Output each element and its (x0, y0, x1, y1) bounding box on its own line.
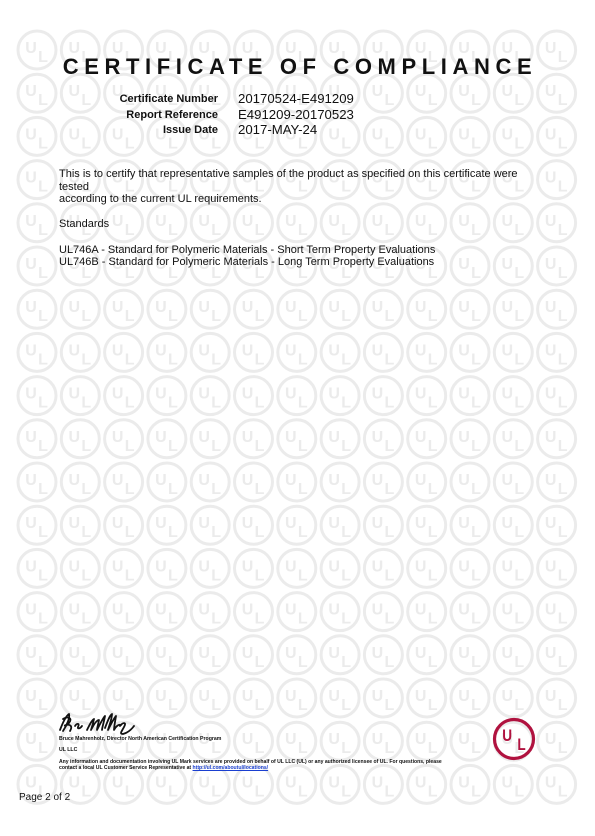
svg-text:L: L (558, 351, 568, 368)
svg-text:L: L (428, 740, 438, 757)
svg-text:L: L (38, 179, 48, 196)
svg-text:L: L (471, 481, 481, 498)
svg-text:U: U (155, 386, 167, 403)
svg-text:U: U (112, 515, 124, 532)
svg-text:U: U (198, 472, 210, 489)
svg-text:U: U (112, 602, 124, 619)
svg-text:L: L (38, 611, 48, 628)
svg-text:U: U (502, 774, 514, 791)
svg-text:U: U (198, 774, 210, 791)
svg-text:U: U (285, 558, 297, 575)
svg-text:U: U (415, 602, 427, 619)
svg-text:L: L (558, 567, 568, 584)
svg-text:U: U (415, 558, 427, 575)
field-value: 2017-MAY-24 (238, 122, 317, 138)
svg-text:U: U (155, 688, 167, 705)
svg-text:L: L (341, 395, 351, 412)
svg-text:U: U (198, 602, 210, 619)
svg-text:U: U (458, 558, 470, 575)
field-report-reference: Report Reference E491209-20170523 (0, 108, 595, 124)
svg-text:U: U (328, 342, 340, 359)
svg-text:U: U (458, 342, 470, 359)
svg-text:U: U (372, 429, 384, 446)
svg-text:U: U (242, 515, 254, 532)
svg-text:U: U (372, 386, 384, 403)
signature-image (57, 710, 137, 736)
svg-text:U: U (155, 515, 167, 532)
svg-text:U: U (25, 342, 37, 359)
svg-text:U: U (198, 688, 210, 705)
svg-text:U: U (545, 731, 557, 748)
svg-text:U: U (372, 558, 384, 575)
svg-text:L: L (211, 308, 221, 325)
svg-text:L: L (255, 654, 265, 671)
svg-text:U: U (502, 429, 514, 446)
svg-text:L: L (428, 783, 438, 800)
svg-text:U: U (372, 645, 384, 662)
svg-text:L: L (211, 481, 221, 498)
svg-text:L: L (471, 395, 481, 412)
svg-text:U: U (415, 515, 427, 532)
svg-text:L: L (125, 654, 135, 671)
disclaimer: Any information and documentation involv… (59, 759, 442, 772)
svg-text:L: L (298, 654, 308, 671)
svg-text:U: U (545, 386, 557, 403)
svg-text:L: L (471, 567, 481, 584)
svg-text:L: L (298, 611, 308, 628)
svg-text:L: L (385, 783, 395, 800)
svg-text:U: U (415, 299, 427, 316)
svg-text:U: U (69, 602, 81, 619)
field-label: Certificate Number (120, 92, 218, 108)
svg-text:U: U (198, 558, 210, 575)
svg-text:L: L (558, 697, 568, 714)
svg-text:U: U (112, 299, 124, 316)
svg-text:U: U (285, 515, 297, 532)
svg-text:L: L (341, 740, 351, 757)
svg-text:L: L (38, 308, 48, 325)
svg-text:U: U (242, 645, 254, 662)
svg-text:U: U (242, 688, 254, 705)
svg-text:U: U (69, 688, 81, 705)
svg-text:L: L (298, 438, 308, 455)
svg-text:U: U (545, 429, 557, 446)
svg-text:L: L (38, 481, 48, 498)
svg-text:U: U (242, 299, 254, 316)
svg-text:L: L (385, 697, 395, 714)
svg-text:U: U (328, 429, 340, 446)
field-label: Report Reference (126, 108, 218, 124)
svg-text:L: L (428, 395, 438, 412)
logo-letter-u: U (502, 727, 512, 746)
svg-text:U: U (198, 515, 210, 532)
svg-text:L: L (38, 395, 48, 412)
svg-text:U: U (372, 472, 384, 489)
standard-item: UL746B - Standard for Polymeric Material… (59, 256, 549, 269)
svg-text:U: U (545, 515, 557, 532)
svg-text:U: U (458, 688, 470, 705)
svg-text:L: L (428, 438, 438, 455)
svg-text:L: L (341, 697, 351, 714)
svg-text:L: L (38, 222, 48, 239)
svg-text:L: L (38, 265, 48, 282)
svg-text:U: U (69, 515, 81, 532)
svg-text:U: U (25, 170, 37, 187)
svg-text:U: U (25, 299, 37, 316)
svg-text:U: U (545, 558, 557, 575)
svg-text:L: L (81, 308, 91, 325)
svg-text:U: U (285, 731, 297, 748)
svg-text:U: U (458, 602, 470, 619)
svg-text:U: U (545, 645, 557, 662)
svg-text:L: L (168, 783, 178, 800)
svg-text:U: U (112, 386, 124, 403)
svg-text:L: L (125, 481, 135, 498)
svg-text:U: U (328, 558, 340, 575)
svg-text:L: L (81, 567, 91, 584)
svg-text:L: L (385, 524, 395, 541)
svg-text:U: U (25, 558, 37, 575)
svg-text:U: U (112, 645, 124, 662)
svg-text:L: L (558, 783, 568, 800)
svg-text:L: L (341, 438, 351, 455)
svg-text:L: L (81, 395, 91, 412)
svg-text:U: U (198, 299, 210, 316)
svg-text:L: L (428, 481, 438, 498)
svg-text:L: L (168, 740, 178, 757)
svg-text:L: L (168, 351, 178, 368)
svg-text:L: L (471, 697, 481, 714)
svg-text:L: L (211, 395, 221, 412)
svg-text:L: L (428, 567, 438, 584)
svg-text:U: U (458, 429, 470, 446)
svg-text:L: L (168, 395, 178, 412)
svg-text:U: U (545, 299, 557, 316)
svg-text:U: U (458, 774, 470, 791)
svg-text:L: L (298, 395, 308, 412)
field-issue-date: Issue Date 2017-MAY-24 (0, 123, 595, 139)
svg-text:U: U (415, 645, 427, 662)
svg-text:L: L (471, 308, 481, 325)
svg-text:U: U (285, 299, 297, 316)
svg-text:L: L (211, 654, 221, 671)
svg-text:U: U (285, 342, 297, 359)
svg-text:L: L (255, 308, 265, 325)
svg-text:L: L (81, 481, 91, 498)
svg-text:U: U (25, 602, 37, 619)
svg-text:L: L (125, 308, 135, 325)
svg-text:U: U (502, 558, 514, 575)
svg-text:U: U (25, 429, 37, 446)
svg-text:U: U (69, 429, 81, 446)
svg-text:U: U (69, 645, 81, 662)
svg-text:L: L (428, 351, 438, 368)
svg-text:U: U (372, 688, 384, 705)
svg-text:L: L (81, 351, 91, 368)
svg-text:U: U (69, 342, 81, 359)
svg-text:L: L (211, 524, 221, 541)
field-value: 20170524-E491209 (238, 91, 354, 107)
svg-text:L: L (298, 351, 308, 368)
svg-text:U: U (328, 386, 340, 403)
svg-text:U: U (372, 774, 384, 791)
svg-text:U: U (242, 774, 254, 791)
svg-text:L: L (125, 611, 135, 628)
svg-text:L: L (38, 740, 48, 757)
svg-text:U: U (415, 429, 427, 446)
svg-text:U: U (502, 299, 514, 316)
svg-text:L: L (168, 481, 178, 498)
svg-text:L: L (125, 438, 135, 455)
svg-text:L: L (255, 395, 265, 412)
svg-text:L: L (514, 395, 524, 412)
svg-text:U: U (545, 774, 557, 791)
svg-text:L: L (385, 395, 395, 412)
svg-text:U: U (242, 602, 254, 619)
svg-text:U: U (415, 731, 427, 748)
svg-text:U: U (285, 645, 297, 662)
svg-text:L: L (558, 611, 568, 628)
svg-text:U: U (242, 342, 254, 359)
svg-text:L: L (471, 351, 481, 368)
svg-text:L: L (255, 481, 265, 498)
svg-text:L: L (428, 654, 438, 671)
svg-text:U: U (198, 429, 210, 446)
svg-text:U: U (112, 774, 124, 791)
svg-text:L: L (341, 524, 351, 541)
svg-text:L: L (81, 438, 91, 455)
svg-text:U: U (545, 472, 557, 489)
svg-text:L: L (125, 740, 135, 757)
svg-text:U: U (285, 602, 297, 619)
svg-text:U: U (25, 645, 37, 662)
svg-text:L: L (38, 438, 48, 455)
certification-statement-line1: This is to certify that representative s… (59, 168, 549, 193)
svg-text:L: L (428, 697, 438, 714)
svg-text:U: U (198, 386, 210, 403)
svg-text:U: U (242, 731, 254, 748)
svg-text:L: L (125, 524, 135, 541)
svg-text:U: U (69, 774, 81, 791)
svg-text:L: L (385, 438, 395, 455)
svg-text:L: L (168, 524, 178, 541)
standards-heading: Standards (59, 218, 549, 231)
svg-text:L: L (471, 438, 481, 455)
svg-text:U: U (372, 342, 384, 359)
svg-text:L: L (211, 783, 221, 800)
svg-text:L: L (514, 654, 524, 671)
svg-text:U: U (328, 602, 340, 619)
svg-text:L: L (341, 611, 351, 628)
svg-text:U: U (415, 342, 427, 359)
svg-text:U: U (328, 515, 340, 532)
svg-text:U: U (285, 472, 297, 489)
svg-text:U: U (328, 299, 340, 316)
svg-text:L: L (255, 611, 265, 628)
svg-text:U: U (25, 213, 37, 230)
svg-text:U: U (198, 645, 210, 662)
svg-text:U: U (328, 645, 340, 662)
svg-text:U: U (112, 472, 124, 489)
svg-text:U: U (69, 472, 81, 489)
svg-text:L: L (211, 611, 221, 628)
svg-text:U: U (372, 515, 384, 532)
svg-text:U: U (415, 688, 427, 705)
svg-text:L: L (514, 783, 524, 800)
svg-text:U: U (155, 558, 167, 575)
svg-text:L: L (255, 351, 265, 368)
svg-text:U: U (242, 558, 254, 575)
svg-text:U: U (155, 645, 167, 662)
svg-text:U: U (242, 386, 254, 403)
field-certificate-number: Certificate Number 20170524-E491209 (0, 92, 595, 108)
svg-text:L: L (341, 567, 351, 584)
svg-text:L: L (385, 740, 395, 757)
svg-text:L: L (558, 524, 568, 541)
svg-text:L: L (255, 524, 265, 541)
svg-text:L: L (125, 783, 135, 800)
svg-text:L: L (255, 567, 265, 584)
svg-text:U: U (545, 688, 557, 705)
svg-text:U: U (155, 299, 167, 316)
svg-text:L: L (514, 524, 524, 541)
svg-text:L: L (558, 438, 568, 455)
svg-text:L: L (428, 308, 438, 325)
svg-text:U: U (458, 299, 470, 316)
svg-text:L: L (341, 351, 351, 368)
certificate-body: This is to certify that representative s… (59, 168, 549, 269)
svg-text:U: U (242, 429, 254, 446)
svg-text:U: U (458, 731, 470, 748)
svg-text:L: L (211, 351, 221, 368)
svg-text:L: L (298, 697, 308, 714)
svg-text:L: L (558, 265, 568, 282)
svg-text:L: L (514, 438, 524, 455)
svg-text:L: L (298, 567, 308, 584)
svg-text:U: U (458, 645, 470, 662)
svg-text:U: U (372, 299, 384, 316)
svg-text:U: U (25, 256, 37, 273)
field-value: E491209-20170523 (238, 107, 354, 123)
svg-text:L: L (558, 740, 568, 757)
disclaimer-line2-text: contact a local UL Customer Service Repr… (59, 765, 193, 771)
svg-text:L: L (385, 611, 395, 628)
svg-text:U: U (502, 515, 514, 532)
svg-text:L: L (558, 222, 568, 239)
svg-text:U: U (155, 342, 167, 359)
svg-text:L: L (341, 481, 351, 498)
certificate-fields: Certificate Number 20170524-E491209 Repo… (0, 92, 595, 139)
certificate-title: CERTIFICATE OF COMPLIANCE (0, 54, 595, 80)
svg-text:L: L (168, 308, 178, 325)
svg-text:U: U (25, 731, 37, 748)
svg-text:L: L (341, 308, 351, 325)
svg-text:U: U (545, 342, 557, 359)
svg-text:U: U (198, 342, 210, 359)
svg-text:L: L (385, 654, 395, 671)
svg-text:U: U (502, 645, 514, 662)
svg-text:L: L (38, 351, 48, 368)
svg-text:L: L (385, 481, 395, 498)
svg-text:U: U (112, 342, 124, 359)
certification-statement-line2: according to the current UL requirements… (59, 193, 549, 206)
svg-text:L: L (211, 697, 221, 714)
svg-text:L: L (558, 308, 568, 325)
svg-text:L: L (38, 654, 48, 671)
svg-text:L: L (385, 567, 395, 584)
svg-text:U: U (25, 386, 37, 403)
svg-text:L: L (81, 611, 91, 628)
svg-text:L: L (471, 740, 481, 757)
svg-text:U: U (285, 429, 297, 446)
svg-text:U: U (155, 774, 167, 791)
svg-text:U: U (285, 688, 297, 705)
signatory-organization: UL LLC (59, 747, 77, 753)
svg-text:L: L (558, 481, 568, 498)
svg-text:L: L (125, 351, 135, 368)
svg-text:L: L (211, 740, 221, 757)
svg-text:L: L (385, 351, 395, 368)
svg-text:U: U (502, 602, 514, 619)
svg-text:L: L (298, 524, 308, 541)
logo-letter-l: L (517, 736, 525, 755)
svg-text:U: U (372, 602, 384, 619)
svg-text:L: L (168, 438, 178, 455)
svg-text:U: U (502, 386, 514, 403)
svg-text:L: L (38, 567, 48, 584)
svg-text:L: L (514, 611, 524, 628)
svg-text:L: L (168, 697, 178, 714)
svg-text:U: U (328, 472, 340, 489)
svg-text:L: L (81, 783, 91, 800)
svg-text:L: L (558, 179, 568, 196)
svg-text:L: L (514, 697, 524, 714)
svg-text:L: L (255, 438, 265, 455)
svg-text:U: U (242, 472, 254, 489)
svg-text:L: L (428, 611, 438, 628)
svg-text:L: L (471, 524, 481, 541)
svg-text:L: L (125, 395, 135, 412)
svg-text:L: L (125, 567, 135, 584)
svg-text:L: L (211, 567, 221, 584)
svg-text:L: L (514, 481, 524, 498)
svg-text:L: L (298, 783, 308, 800)
svg-text:U: U (328, 731, 340, 748)
svg-text:L: L (514, 351, 524, 368)
locations-link[interactable]: http://ul.com/aboutul/locations/ (193, 765, 269, 771)
svg-text:U: U (112, 558, 124, 575)
svg-text:L: L (471, 654, 481, 671)
svg-text:L: L (298, 740, 308, 757)
svg-text:U: U (415, 472, 427, 489)
svg-text:L: L (341, 783, 351, 800)
svg-text:U: U (25, 472, 37, 489)
svg-text:U: U (25, 688, 37, 705)
svg-text:U: U (415, 386, 427, 403)
svg-text:U: U (25, 774, 37, 791)
svg-text:L: L (298, 308, 308, 325)
svg-text:L: L (255, 783, 265, 800)
svg-text:L: L (341, 654, 351, 671)
svg-text:U: U (458, 386, 470, 403)
svg-text:L: L (255, 740, 265, 757)
svg-text:L: L (211, 438, 221, 455)
standard-item: UL746A - Standard for Polymeric Material… (59, 244, 549, 257)
svg-text:U: U (69, 299, 81, 316)
svg-text:L: L (558, 395, 568, 412)
svg-text:U: U (25, 515, 37, 532)
svg-text:U: U (502, 342, 514, 359)
